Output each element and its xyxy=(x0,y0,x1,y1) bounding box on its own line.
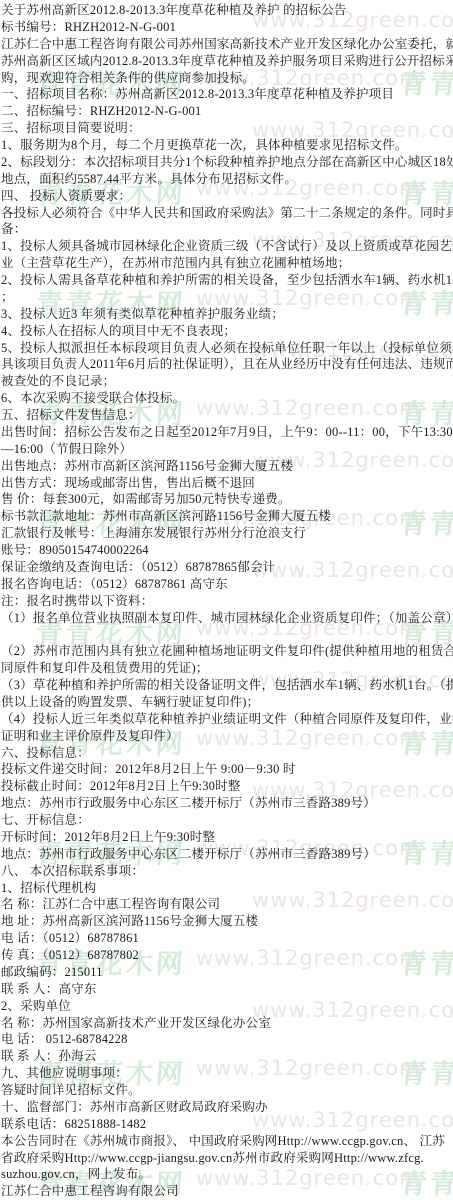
text-line: （3）草花种植和养护所需的相关设备证明文件，包括洒水车1辆、药水机1台。（提 xyxy=(1,677,453,694)
text-line: 六、投标信息： xyxy=(1,745,453,762)
text-line: 投标截止时间：2012年8月2日上午9:30时整 xyxy=(1,778,453,795)
text-line: （2）苏州市范围内具有独立花圃种植场地证明文件复印件(提供种植用地的租赁合 xyxy=(1,643,453,660)
text-line: 标书款汇款地址：苏州市高新区滨河路1156号金狮大厦五楼 xyxy=(1,508,453,525)
text-line: 投标文件递交时间：2012年8月2日上午 9:00－9:30 时 xyxy=(1,761,453,778)
text-line: 出售地点：苏州市高新区滨河路1156号金狮大厦五楼 xyxy=(1,458,453,475)
document-lines: 关于苏州高新区2012.8-2013.3年度草花种植及养护 的招标公告标书编号：… xyxy=(1,2,453,1200)
text-line: 省政府采购Http://www.ccgp-jiangsu.gov.cn苏州市政府… xyxy=(1,1150,453,1167)
text-line: 地点：苏州市行政服务中心东区二楼开标厅（苏州市三香路389号） xyxy=(1,846,453,863)
document-title: 关于苏州高新区2012.8-2013.3年度草花种植及养护 的招标公告 xyxy=(1,2,453,19)
text-line: 注：报名时携带以下资料： xyxy=(1,593,453,610)
text-line: 1、服务期为8个月，每二个月更换草花一次，具体种植要求见招标文件。 xyxy=(1,137,453,154)
text-line: 各投标人必须符合《中华人民共和国政府采购法》第二十二条规定的条件。同时具 xyxy=(1,205,453,222)
text-line: —16:00（节假日除外） xyxy=(1,441,453,458)
text-line: 2、采购单位 xyxy=(1,998,453,1015)
text-line: 3、投标人近3 年须有类似草花种植养护服务业绩； xyxy=(1,306,453,323)
text-line: 备： xyxy=(1,221,453,238)
text-line: 标书编号：RHZH2012-N-G-001 xyxy=(1,19,453,36)
text-line: 证明和业主评价原件及复印件） xyxy=(1,728,453,745)
text-line: 4、投标人在招标人的项目中无不良表现； xyxy=(1,323,453,340)
text-line: 地点，面积约5587.44平方米。具体分布见招标文件。 xyxy=(1,171,453,188)
text-line: 二、招标编号：RHZH2012-N-G-001 xyxy=(1,103,453,120)
text-line: 购，现欢迎符合相关条件的供应商参加投标。 xyxy=(1,70,453,87)
text-line: 五、招标文件发售信息： xyxy=(1,407,453,424)
text-line: 开标时间：2012年8月2日上午9:30时整 xyxy=(1,829,453,846)
text-line: 四、 投标人资质要求： xyxy=(1,188,453,205)
text-line: 具该项目负责人2011年6月后的社保证明），且在从业经历中没有任何违法、违规而 xyxy=(1,356,453,373)
text-line: 电 话： 0512-68784228 xyxy=(1,1031,453,1048)
text-line: 联 系 人：孙海云 xyxy=(1,1048,453,1065)
text-line: （1）报名单位营业执照副本复印件、城市园林绿化企业资质复印件；（加盖公章） xyxy=(1,610,453,627)
text-line: 九、其他应说明事项： xyxy=(1,1065,453,1082)
text-line: 2、标段划分：本次招标项目共分1个标段种植养护地点分部在高新区中心城区18处 xyxy=(1,154,453,171)
text-line: 业（主营草花生产），在苏州市范围内具有独立花圃种植场地； xyxy=(1,255,453,272)
text-line: 被查处的不良记录； xyxy=(1,373,453,390)
text-line: 七、开标信息： xyxy=(1,812,453,829)
page: www.312green.com青青花木网www.312green.com青青花… xyxy=(0,0,453,1200)
text-line: 报名咨询电话：（0512）68787861 高守东 xyxy=(1,576,453,593)
text-line: 账号：89050154740002264 xyxy=(1,542,453,559)
text-line: 本公告同时在《苏州城市商报》、 中国政府采购网Http://www.ccgp.g… xyxy=(1,1133,453,1150)
text-line: 名 称：苏州国家高新技术产业开发区绿化办公室 xyxy=(1,1015,453,1032)
text-line: 地 址：苏州高新区滨河路1156号金狮大厦五楼 xyxy=(1,913,453,930)
text-line: 1、招标代理机构 xyxy=(1,880,453,897)
text-line: 一、招标项目名称：苏州高新区2012.8-2013.3年度草花种植及养护项目 xyxy=(1,86,453,103)
text-line: 江苏仁合中惠工程咨询有限公司 xyxy=(1,1183,453,1200)
text-line: 江苏仁合中惠工程咨询有限公司苏州国家高新技术产业开发区绿化办公室委托，就 xyxy=(1,36,453,53)
text-line: 售 价：每套300元，如需邮寄另加50元特快专递费。 xyxy=(1,491,453,508)
text-line: 供以上设备的购置发票、车辆行驶证复印件)； xyxy=(1,694,453,711)
text-line: 汇款银行及帐号：上海浦东发展银行苏州分行沧浪支行 xyxy=(1,525,453,542)
text-line: 名 称：江苏仁合中惠工程咨询有限公司 xyxy=(1,896,453,913)
text-line: 出售时间：招标公告发布之日起至2012年7月9日，上午9：00--11：00，下… xyxy=(1,424,453,441)
text-line: （4）投标人近三年类似草花种植养护业绩证明文件（种植合同原件及复印件，业绩 xyxy=(1,711,453,728)
text-line: 邮政编码：215011 xyxy=(1,964,453,981)
text-line: 出售方式：现场或邮寄出售，售出后概不退回 xyxy=(1,475,453,492)
text-line: 电 话：（0512）68787861 xyxy=(1,930,453,947)
text-line: 6、本次采购不接受联合体投标。 xyxy=(1,390,453,407)
text-line: 十、监督部门：苏州市高新区财政局政府采购办 xyxy=(1,1099,453,1116)
text-line: 联系电话：68251888-1482 xyxy=(1,1116,453,1133)
text-line: ； xyxy=(1,289,453,306)
text-line: 答疑时间详见招标文件。 xyxy=(1,1082,453,1099)
text-line: 保证金缴纳及查询电话：（0512）68787865郁会计 xyxy=(1,559,453,576)
text-line: 5、投标人拟派担任本标段项目负责人必须在投标单位任职一年以上（投标单位须出 xyxy=(1,340,453,357)
text-line: 同原件和复印件及租赁费用的凭证)； xyxy=(1,660,453,677)
text-line: 2、投标人需具备草花种植和养护所需的相关设备，至少包括洒水车1辆、药水机1台 xyxy=(1,272,453,289)
text-line: 三、招标项目简要说明： xyxy=(1,120,453,137)
text-line: 1、投标人须具备城市园林绿化企业资质三级（不含试行）及以上资质或草花园艺企 xyxy=(1,238,453,255)
text-line: 传 真：（0512）68787802 xyxy=(1,947,453,964)
text-line: 地点：苏州市行政服务中心东区二楼开标厅（苏州市三香路389号） xyxy=(1,795,453,812)
text-line: 联 系 人：高守东 xyxy=(1,981,453,998)
text-line: suzhou.gov.cn，网上发布。 xyxy=(1,1166,453,1183)
text-line: 八、 本次招标联系事项： xyxy=(1,863,453,880)
text-line: 苏州高新区区域内2012.8-2013.3年度草花种植及养护服务项目采购进行公开… xyxy=(1,53,453,70)
text-line xyxy=(1,626,453,643)
